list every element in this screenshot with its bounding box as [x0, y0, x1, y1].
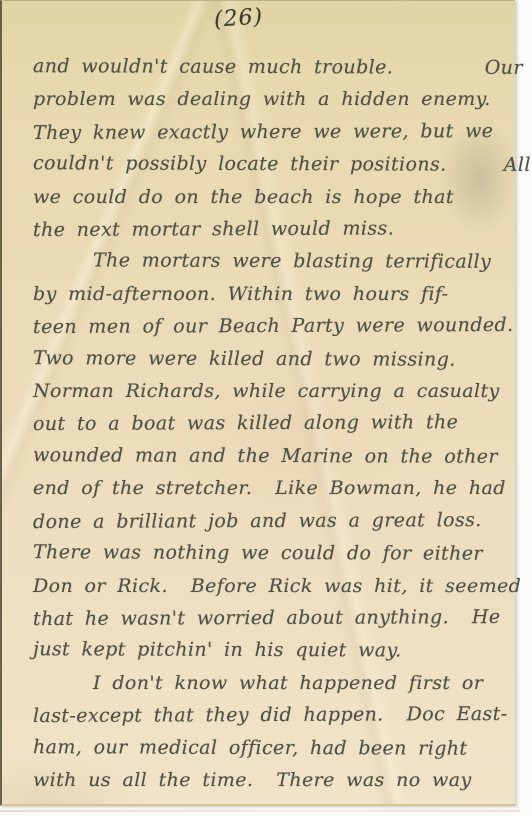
handwritten-line: The mortars were blasting terrifically [33, 245, 505, 279]
handwritten-line: problem was dealing with a hidden enemy. [33, 83, 505, 115]
handwritten-line: teen men of our Beach Party were wounded… [33, 309, 505, 343]
handwritten-line: just kept pitchin' in his quiet way. [33, 633, 505, 667]
handwritten-line: and wouldn't cause much trouble. Our [33, 50, 505, 84]
handwritten-line: with us all the time. There was no way [33, 764, 505, 796]
handwritten-line: we could do on the beach is hope that [33, 181, 505, 213]
handwritten-line: wounded man and the Marine on the other [33, 439, 505, 473]
handwritten-line: the next mortar shell would miss. [33, 212, 505, 246]
handwritten-line: Norman Richards, while carrying a casual… [33, 375, 505, 407]
page-number: (26) [213, 4, 264, 32]
scanner-edge-line [0, 810, 520, 812]
handwritten-line: last-except that they did happen. Doc Ea… [33, 698, 505, 732]
handwritten-line: I don't know what happened first or [33, 667, 505, 699]
handwritten-line: end of the stretcher. Like Bowman, he ha… [33, 472, 505, 504]
handwritten-line: out to a boat was killed along with the [33, 406, 505, 440]
handwritten-line: They knew exactly where we were, but we [33, 115, 505, 149]
handwritten-line: that he wasn't worried about anything. H… [33, 601, 505, 635]
handwritten-line: Don or Rick. Before Rick was hit, it see… [33, 570, 505, 602]
handwritten-line: by mid-afternoon. Within two hours fif- [33, 278, 505, 310]
handwritten-line: ham, our medical officer, had been right [33, 731, 505, 765]
handwritten-line: couldn't possibly locate their positions… [33, 147, 505, 181]
letter-page: (26) and wouldn't cause much trouble. Ou… [0, 0, 515, 806]
handwritten-line: done a brilliant job and was a great los… [33, 504, 505, 538]
letter-body: and wouldn't cause much trouble. Our pro… [33, 51, 505, 796]
handwritten-line: There was nothing we could do for either [33, 536, 505, 570]
handwritten-line: Two more were killed and two missing. [33, 342, 505, 376]
scan-background: { "document": { "page_number": "(26)", "… [0, 0, 532, 816]
